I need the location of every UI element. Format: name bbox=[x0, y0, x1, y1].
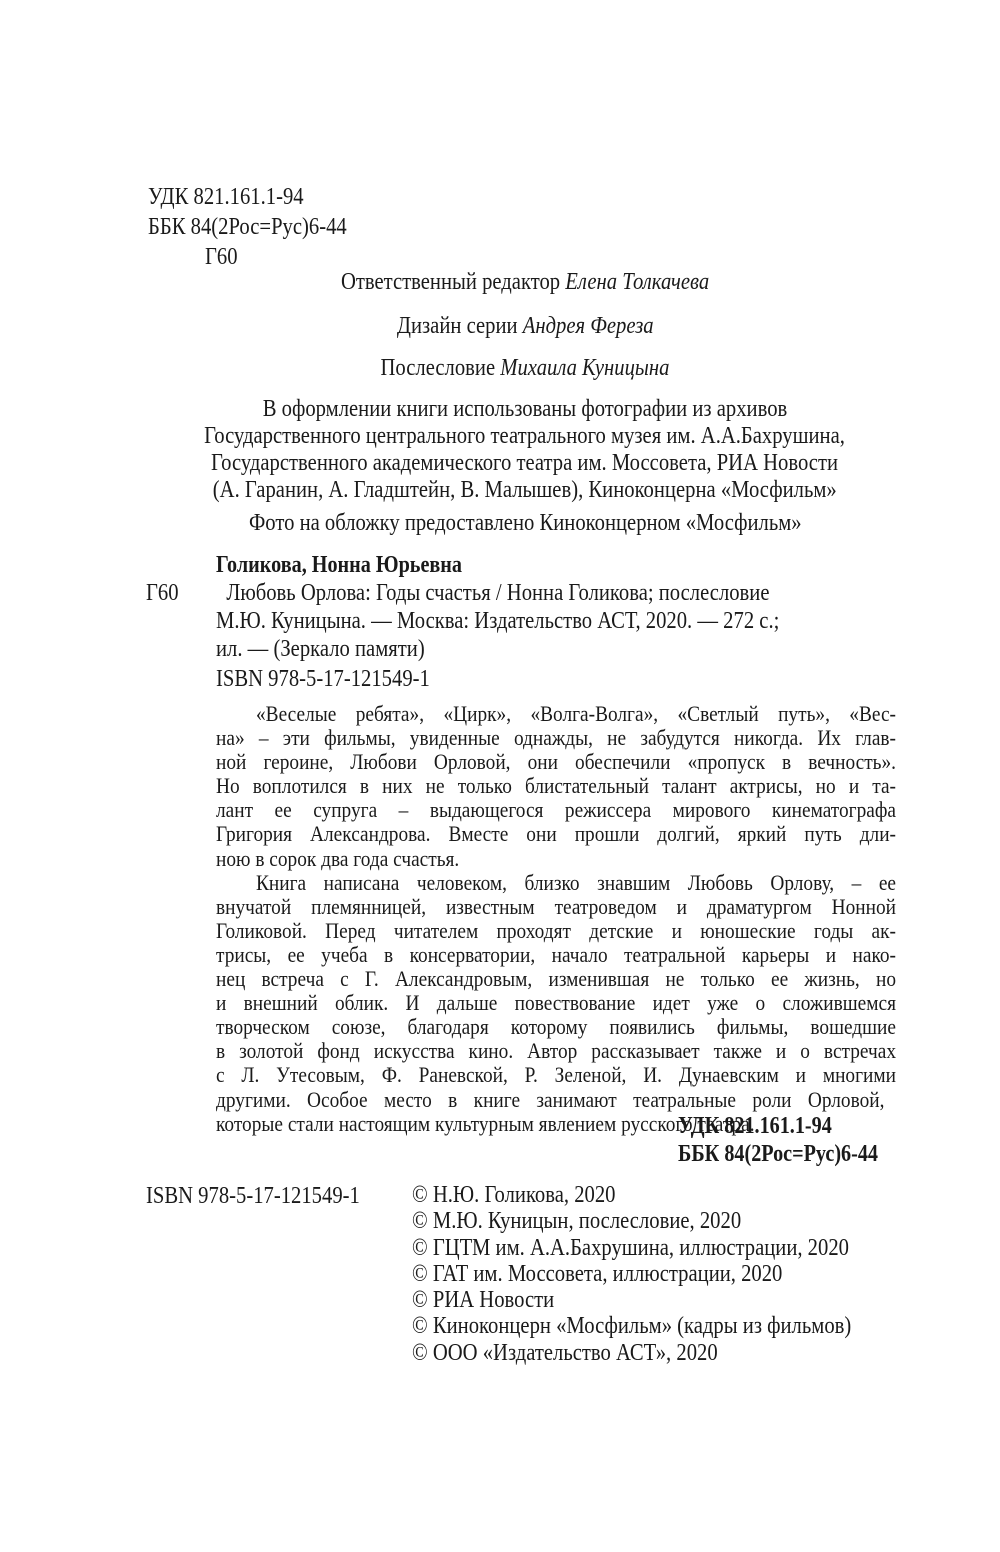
annotation-line-text: в золотой фонд искусства кино. Автор рас… bbox=[216, 1039, 896, 1063]
bibliographic-description: Любовь Орлова: Годы счастья / Нонна Голи… bbox=[216, 579, 871, 663]
annotation-line: «Веселые ребята», «Цирк», «Волга-Волга»,… bbox=[216, 702, 896, 726]
bbk-bottom-text: ББК 84(2Рос=Рус)6-44 bbox=[678, 1140, 878, 1168]
annotation-line: Григория Александрова. Вместе они прошли… bbox=[216, 822, 896, 846]
annotation-line-text: «Веселые ребята», «Цирк», «Волга-Волга»,… bbox=[256, 702, 896, 726]
annotation-line-text: Книга написана человеком, близко знавшим… bbox=[256, 871, 896, 895]
annotation-line-text: творческом союзе, благодаря которому поя… bbox=[216, 1015, 896, 1039]
annotation-line-text: Но воплотился в них не только блистатель… bbox=[216, 774, 896, 798]
bib-line: Любовь Орлова: Годы счастья / Нонна Голи… bbox=[216, 579, 871, 607]
annotation-line: ною в сорок два года счастья. bbox=[216, 847, 896, 871]
annotation-line-text: ной героине, Любови Орловой, они обеспеч… bbox=[216, 750, 896, 774]
annotation-line: другими. Особое место в книге занимают т… bbox=[216, 1088, 896, 1112]
bib-line: ил. — (Зеркало памяти) bbox=[216, 635, 871, 663]
design-name: Андрея Фереза bbox=[522, 313, 653, 339]
author-mark-left-text: Г60 bbox=[146, 579, 179, 607]
udk-code-text: УДК 821.161.1-94 bbox=[148, 183, 304, 211]
photos-note-line: (А. Гаранин, А. Гладштейн, В. Малышев), … bbox=[150, 477, 900, 504]
annotation-line: в золотой фонд искусства кино. Автор рас… bbox=[216, 1039, 896, 1063]
bbk-code-top: ББК 84(2Рос=Рус)6-44 bbox=[148, 213, 379, 241]
photos-note: В оформлении книги использованы фотограф… bbox=[150, 396, 900, 504]
annotation-line-text: с Л. Утесовым, Ф. Раневской, Р. Зеленой,… bbox=[216, 1063, 896, 1087]
credit-design: Дизайн серии Андрея Фереза bbox=[0, 312, 1000, 340]
copyright-line: © ООО «Издательство АСТ», 2020 bbox=[412, 1340, 923, 1366]
annotation-line-text: на» – эти фильмы, увиденные однажды, не … bbox=[216, 726, 896, 750]
isbn-bottom-text: ISBN 978-5-17-121549-1 bbox=[146, 1182, 360, 1210]
annotation-line-text: нец встреча с Г. Александровым, изменивш… bbox=[216, 967, 896, 991]
copyright-line: © РИА Новости bbox=[412, 1287, 923, 1313]
annotation-line: и внешний облик. И дальше повествование … bbox=[216, 991, 896, 1015]
udk-code-top: УДК 821.161.1-94 bbox=[148, 183, 329, 211]
annotation-line: Но воплотился в них не только блистатель… bbox=[216, 774, 896, 798]
copyright-page: УДК 821.161.1-94 ББК 84(2Рос=Рус)6-44 Г6… bbox=[0, 0, 1000, 1552]
cover-note: Фото на обложку предоставлено Киноконцер… bbox=[0, 509, 1000, 537]
author-mark-top: Г60 bbox=[205, 243, 243, 271]
isbn-bottom: ISBN 978-5-17-121549-1 bbox=[146, 1182, 395, 1210]
bbk-code-bottom: ББК 84(2Рос=Рус)6-44 bbox=[678, 1140, 916, 1168]
bbk-code-text: ББК 84(2Рос=Рус)6-44 bbox=[148, 213, 347, 241]
credit-afterword: Послесловие Михаила Куницына bbox=[0, 354, 1000, 382]
annotation-line: нец встреча с Г. Александровым, изменивш… bbox=[216, 967, 896, 991]
editor-name: Елена Толкачева bbox=[565, 269, 709, 295]
annotation-line-text: и внешний облик. И дальше повествование … bbox=[216, 991, 896, 1015]
copyright-line: © ГЦТМ им. А.А.Бахрушина, иллюстрации, 2… bbox=[412, 1235, 923, 1261]
cover-note-text: Фото на обложку предоставлено Киноконцер… bbox=[249, 509, 802, 537]
annotation-line: ной героине, Любови Орловой, они обеспеч… bbox=[216, 750, 896, 774]
annotation-line-text: внучатой племянницей, известным театрове… bbox=[216, 895, 896, 919]
annotation-line: Книга написана человеком, близко знавшим… bbox=[216, 871, 896, 895]
annotation-line-text: ною в сорок два года счастья. bbox=[216, 847, 459, 871]
author-mark-left: Г60 bbox=[146, 579, 184, 607]
design-label: Дизайн серии bbox=[397, 313, 523, 339]
copyright-line: © Киноконцерн «Мосфильм» (кадры из фильм… bbox=[412, 1313, 923, 1339]
annotation-line-text: Голиковой. Перед читателем проходят детс… bbox=[216, 919, 896, 943]
credit-editor: Ответственный редактор Елена Толкачева bbox=[0, 268, 1000, 296]
author-heading: Голикова, Нонна Юрьевна bbox=[216, 551, 509, 579]
annotation-line-text: которые стали настоящим культурным явлен… bbox=[216, 1112, 755, 1136]
copyright-line: © ГАТ им. Моссовета, иллюстрации, 2020 bbox=[412, 1261, 923, 1287]
udk-bottom-text: УДК 821.161.1-94 bbox=[678, 1112, 832, 1140]
isbn-record: ISBN 978-5-17-121549-1 bbox=[216, 665, 465, 693]
copyright-list: © Н.Ю. Голикова, 2020 © М.Ю. Куницын, по… bbox=[412, 1182, 923, 1366]
annotation-line-text: трисы, ее учеба в консерватории, начало … bbox=[216, 943, 896, 967]
editor-label: Ответственный редактор bbox=[341, 269, 565, 295]
photos-note-line: Государственного центрального театрально… bbox=[150, 423, 900, 450]
udk-code-bottom: УДК 821.161.1-94 bbox=[678, 1112, 861, 1140]
annotation-line-text: другими. Особое место в книге занимают т… bbox=[216, 1088, 884, 1112]
author-mark-text: Г60 bbox=[205, 243, 238, 271]
annotation-line: внучатой племянницей, известным театрове… bbox=[216, 895, 896, 919]
afterword-label: Послесловие bbox=[381, 355, 501, 381]
annotation-line: творческом союзе, благодаря которому поя… bbox=[216, 1015, 896, 1039]
isbn-record-text: ISBN 978-5-17-121549-1 bbox=[216, 665, 430, 693]
annotation-line-text: Григория Александрова. Вместе они прошли… bbox=[216, 822, 896, 846]
photos-note-line: Государственного академического театра и… bbox=[150, 450, 900, 477]
annotation-line: Голиковой. Перед читателем проходят детс… bbox=[216, 919, 896, 943]
annotation: «Веселые ребята», «Цирк», «Волга-Волга»,… bbox=[216, 702, 896, 1136]
bib-line: М.Ю. Куницына. — Москва: Издательство АС… bbox=[216, 607, 871, 635]
annotation-line: на» – эти фильмы, увиденные однажды, не … bbox=[216, 726, 896, 750]
copyright-line: © Н.Ю. Голикова, 2020 bbox=[412, 1182, 923, 1208]
photos-note-line: В оформлении книги использованы фотограф… bbox=[150, 396, 900, 423]
annotation-line: лант ее супруга – выдающегося режиссера … bbox=[216, 798, 896, 822]
annotation-line-text: лант ее супруга – выдающегося режиссера … bbox=[216, 798, 896, 822]
copyright-line: © М.Ю. Куницын, послесловие, 2020 bbox=[412, 1208, 923, 1234]
author-heading-text: Голикова, Нонна Юрьевна bbox=[216, 551, 462, 579]
annotation-line: трисы, ее учеба в консерватории, начало … bbox=[216, 943, 896, 967]
annotation-line: с Л. Утесовым, Ф. Раневской, Р. Зеленой,… bbox=[216, 1063, 896, 1087]
afterword-name: Михаила Куницына bbox=[500, 355, 669, 381]
